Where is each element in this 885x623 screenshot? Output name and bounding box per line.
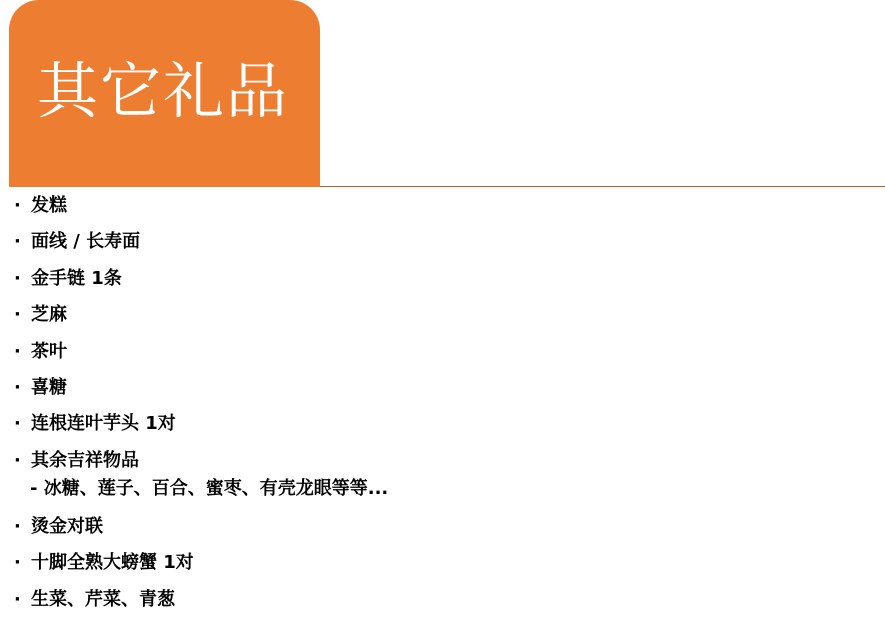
bullet-icon: · (14, 191, 31, 221)
list-item: ·喜糖 (14, 373, 388, 409)
list-item-label: 金手链 1条 (31, 268, 122, 289)
bullet-icon: · (14, 373, 31, 403)
bullet-icon: · (14, 548, 31, 578)
list-item: ·金手链 1条 (14, 264, 388, 300)
list-item-label: 生菜、芹菜、青葱 (31, 589, 175, 610)
list-item-subtext: - 冰糖、莲子、百合、蜜枣、有壳龙眼等等... (14, 474, 388, 504)
gift-list: ·发糕 ·面线 / 长寿面 ·金手链 1条 ·芝麻 ·茶叶 ·喜糖 ·连根连叶芋… (14, 191, 388, 621)
list-item-label: 喜糖 (31, 377, 67, 398)
title-banner: 其它礼品 (9, 0, 320, 187)
page-title: 其它礼品 (37, 52, 289, 132)
list-item-label: 连根连叶芋头 1对 (31, 413, 176, 434)
list-item: ·烫金对联 (14, 512, 388, 548)
list-item: ·茶叶 (14, 337, 388, 373)
bullet-icon: · (14, 409, 31, 439)
bullet-icon: · (14, 512, 31, 542)
list-item: ·连根连叶芋头 1对 (14, 409, 388, 445)
list-item: ·芝麻 (14, 300, 388, 336)
list-item: ·发糕 (14, 191, 388, 227)
list-item-label: 烫金对联 (31, 516, 103, 537)
bullet-icon: · (14, 227, 31, 257)
list-item: ·生菜、芹菜、青葱 (14, 585, 388, 621)
bullet-icon: · (14, 264, 31, 294)
divider-line (320, 186, 885, 187)
list-item-label: 面线 / 长寿面 (31, 231, 140, 252)
list-item: ·十脚全熟大螃蟹 1对 (14, 548, 388, 584)
list-item: ·面线 / 长寿面 (14, 227, 388, 263)
list-item-label: 芝麻 (31, 304, 67, 325)
bullet-icon: · (14, 337, 31, 367)
list-item-label: 十脚全熟大螃蟹 1对 (31, 552, 194, 573)
bullet-icon: · (14, 300, 31, 330)
bullet-icon: · (14, 585, 31, 615)
list-item-label: 其余吉祥物品 (31, 450, 139, 471)
bullet-icon: · (14, 446, 31, 476)
list-item-label: 茶叶 (31, 341, 67, 362)
list-item-label: 发糕 (31, 195, 67, 216)
list-item: ·其余吉祥物品- 冰糖、莲子、百合、蜜枣、有壳龙眼等等... (14, 446, 388, 512)
